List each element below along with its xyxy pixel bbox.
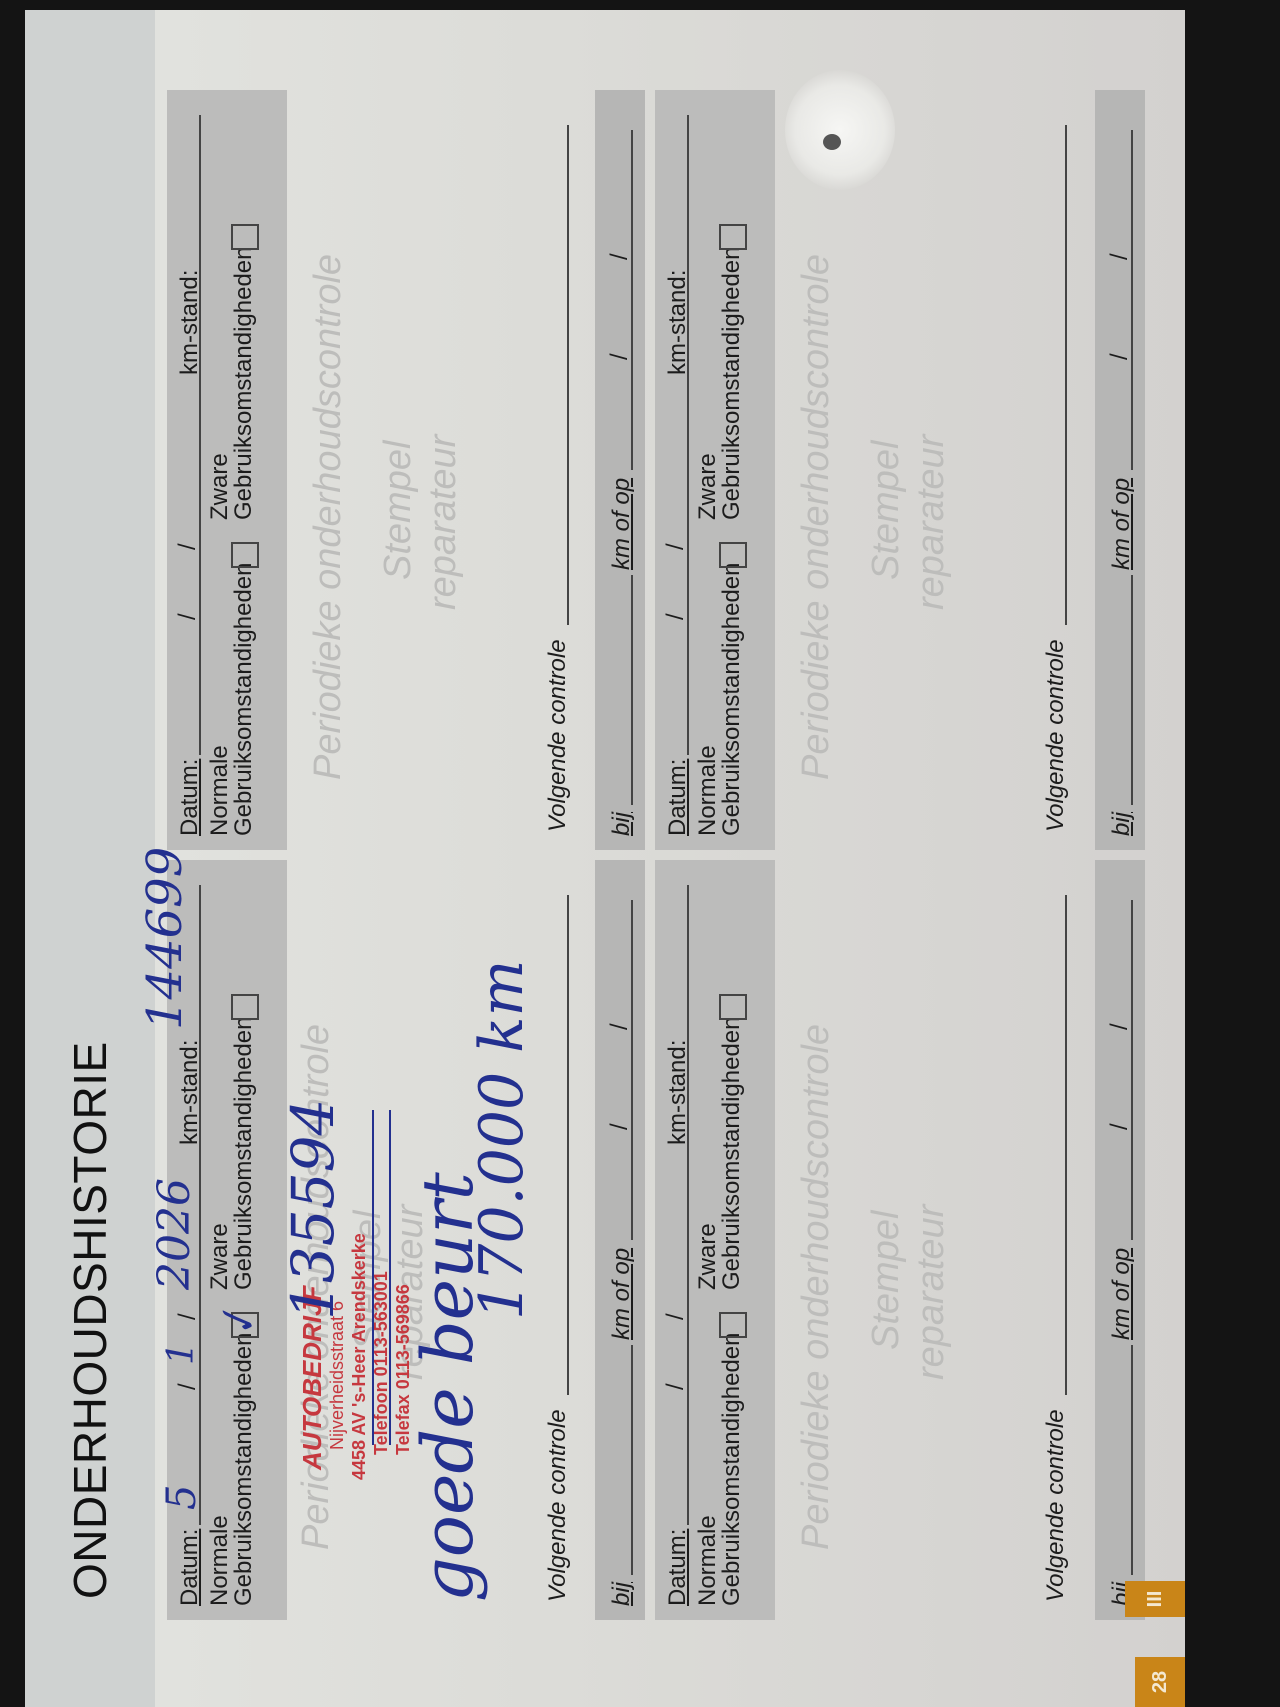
normale-label-2: Gebruiksomstandigheden [231,562,257,836]
km-line [631,575,633,805]
zware-checkbox[interactable] [231,994,259,1020]
volgende-controle-label: Volgende controle [1043,1409,1069,1602]
periodieke-label: Periodieke onderhoudscontrole [307,254,350,780]
page-number: 28 [1149,1671,1171,1693]
volgende-controle-label: Volgende controle [545,1409,571,1602]
title-strip: ONDERHOUDSHISTORIE [25,10,155,1707]
entry-header: Datum: / / km-stand: Normale Gebruiksoms… [655,90,775,850]
signature-underline-1 [372,1110,374,1445]
km-stand-label: km-stand: [177,270,203,375]
maintenance-entry-empty: Datum: / / km-stand: Normale Gebruiksoms… [167,90,645,850]
stempel-label-2: reparateur [422,435,465,610]
km-of-op-label: km of op [609,478,635,570]
date-sep-2: / [175,543,201,550]
date-sep-2: / [663,543,689,550]
date-line [631,130,633,470]
zware-checkbox[interactable] [231,224,259,250]
entry-header: Datum: / / km-stand: Normale Gebruiksoms… [167,90,287,850]
date-line [631,900,633,1240]
entry-footer: bij km of op / / [1095,860,1145,1620]
volgende-line [567,895,569,1395]
stempel-label-2: reparateur [910,435,953,610]
bij-label: bij [1109,812,1135,836]
datum-line [687,115,689,755]
date-line [1131,130,1133,470]
next-date-sep-1: / [607,1123,633,1130]
bij-label: bij [609,1582,635,1606]
smudge-dot [823,134,841,150]
stamp-city: 4458 AV 's-Heer Arendskerke [349,1233,370,1480]
page-number-tab: 28 [1135,1657,1185,1707]
handwritten-date-year: 2026 [149,1178,200,1290]
stempel-label-1: Stempel [865,441,908,580]
next-date-sep-1: / [1107,353,1133,360]
normale-label-2: Gebruiksomstandigheden [231,1332,257,1606]
handwritten-checkmark-icon: ✓ [210,1297,268,1347]
date-sep-2: / [175,1313,201,1320]
entry-footer: bij km of op / / [595,90,645,850]
zware-checkbox[interactable] [719,224,747,250]
maintenance-entry-empty: Datum: / / km-stand: Normale Gebruiksoms… [655,90,1145,850]
km-line [631,1345,633,1575]
periodieke-label: Periodieke onderhoudscontrole [795,1024,838,1550]
datum-label: Datum: [177,759,203,836]
section-tab-label: III [1144,1591,1166,1608]
normale-label-2: Gebruiksomstandigheden [719,562,745,836]
entry-footer: bij km of op / / [595,860,645,1620]
entry-header: Datum: / / km-stand: Normale Gebruiksoms… [655,860,775,1620]
volgende-line [567,125,569,625]
volgende-controle-label: Volgende controle [545,639,571,832]
next-date-sep-1: / [1107,1123,1133,1130]
date-sep-1: / [663,1383,689,1390]
stempel-label-2: reparateur [910,1205,953,1380]
next-date-sep-2: / [607,1023,633,1030]
zware-label-2: Gebruiksomstandigheden [719,246,745,520]
zware-label-2: Gebruiksomstandigheden [231,1016,257,1290]
zware-checkbox[interactable] [719,994,747,1020]
km-line [1131,1345,1133,1575]
handwritten-km-stand: 144699 [137,847,193,1030]
normale-checkbox[interactable] [719,542,747,568]
maintenance-booklet-page: ONDERHOUDSHISTORIE Datum: / / km-stand: … [25,10,1185,1707]
handwritten-date-month: 1 [161,1342,202,1365]
km-stand-label: km-stand: [665,270,691,375]
km-line [1131,575,1133,805]
volgende-line [1065,895,1067,1395]
datum-label: Datum: [177,1529,203,1606]
next-date-sep-2: / [607,253,633,260]
datum-label: Datum: [665,1529,691,1606]
date-sep-2: / [663,1313,689,1320]
handwritten-signature: 135594 [279,1099,347,1320]
datum-label: Datum: [665,759,691,836]
page-title: ONDERHOUDSHISTORIE [63,1041,117,1599]
normale-checkbox[interactable] [231,542,259,568]
normale-label-2: Gebruiksomstandigheden [719,1332,745,1606]
volgende-controle-label: Volgende controle [1043,639,1069,832]
km-of-op-label: km of op [1109,1248,1135,1340]
date-line [1131,900,1133,1240]
stamp-street: Nijverheidsstraat 6 [327,1301,348,1450]
km-stand-label: km-stand: [177,1040,203,1145]
handwritten-date-day: 5 [159,1485,205,1510]
maintenance-entry-filled: Datum: / / km-stand: Normale Gebruiksoms… [167,860,645,1620]
volgende-line [1065,125,1067,625]
stempel-label-1: Stempel [865,1211,908,1350]
km-of-op-label: km of op [1109,478,1135,570]
km-of-op-label: km of op [609,1248,635,1340]
signature-underline-2 [389,1110,391,1445]
zware-label-2: Gebruiksomstandigheden [719,1016,745,1290]
date-sep-1: / [175,613,201,620]
bij-label: bij [609,812,635,836]
periodieke-label: Periodieke onderhoudscontrole [795,254,838,780]
next-date-sep-2: / [1107,253,1133,260]
paper-smudge [785,70,895,190]
next-date-sep-1: / [607,353,633,360]
maintenance-entry-empty: Datum: / / km-stand: Normale Gebruiksoms… [655,860,1145,1620]
stempel-label-1: Stempel [377,441,420,580]
next-date-sep-2: / [1107,1023,1133,1030]
section-tab: III [1125,1581,1185,1617]
photo-frame: ONDERHOUDSHISTORIE Datum: / / km-stand: … [0,0,1280,1707]
km-stand-label: km-stand: [665,1040,691,1145]
date-sep-1: / [663,613,689,620]
datum-line [199,115,201,755]
date-sep-1: / [175,1383,201,1390]
entry-footer: bij km of op / / [1095,90,1145,850]
datum-line [687,885,689,1525]
handwritten-next-km: 170.000 km [467,960,537,1320]
entry-header: Datum: / / km-stand: Normale Gebruiksoms… [167,860,287,1620]
normale-checkbox[interactable] [719,1312,747,1338]
zware-label-2: Gebruiksomstandigheden [231,246,257,520]
